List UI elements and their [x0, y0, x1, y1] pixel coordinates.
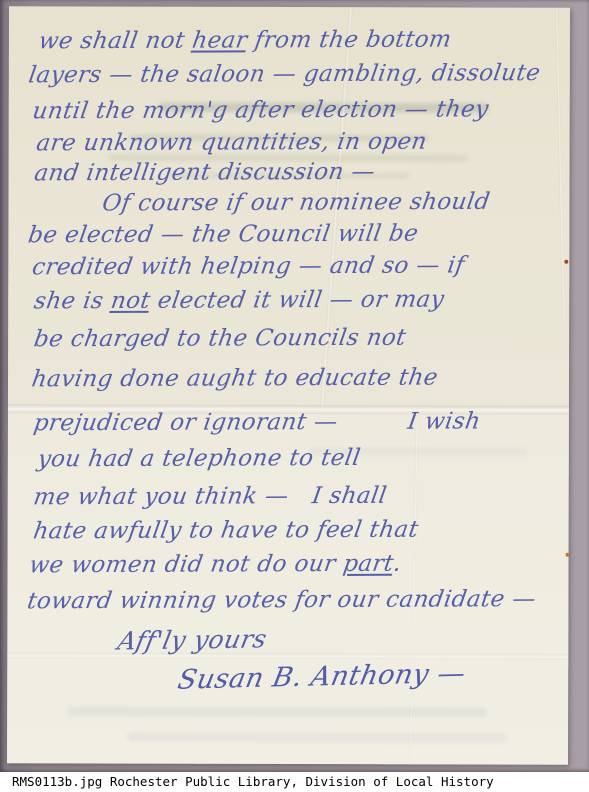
caption-bar: RMS0113b.jpg Rochester Public Library, D…: [0, 772, 589, 792]
rust-speck: [564, 260, 568, 264]
handwritten-line: until the morn'g after election — they: [31, 96, 491, 124]
handwritten-line: we women did not do our part.: [27, 551, 403, 579]
handwritten-line: hate awfully to have to feel that: [32, 517, 421, 545]
fold-crease-vertical: [555, 8, 565, 318]
handwritten-line: toward winning votes for our candidate —: [25, 586, 537, 614]
handwritten-line: she is not elected it will — or may: [32, 287, 446, 315]
caption-text: RMS0113b.jpg Rochester Public Library, D…: [12, 774, 494, 789]
handwritten-line: are unknown quantities, in open: [35, 129, 429, 157]
handwritten-line: prejudiced or ignorant — I wish: [32, 408, 483, 436]
letter-paper: we shall not hear from the bottom layers…: [7, 6, 570, 764]
handwritten-line: be elected — the Council will be: [26, 221, 420, 249]
handwritten-line: credited with helping — and so — if: [30, 252, 466, 280]
handwritten-line: having done aught to educate the: [30, 365, 440, 393]
handwritten-line: we shall not hear from the bottom: [37, 27, 453, 55]
rust-speck: [566, 553, 570, 557]
letter-photo: we shall not hear from the bottom layers…: [0, 0, 589, 772]
handwritten-line: layers — the saloon — gambling, dissolut…: [27, 60, 542, 88]
handwritten-line: and intelligent discussion —: [33, 159, 377, 186]
handwritten-line: be charged to the Councils not: [32, 325, 408, 353]
handwritten-line: me what you think — I shall: [32, 483, 389, 511]
handwritten-line: you had a telephone to tell: [36, 445, 363, 472]
handwritten-line: Of course if our nominee should: [100, 189, 491, 217]
closing-line: Aff'ly yours: [115, 624, 269, 655]
